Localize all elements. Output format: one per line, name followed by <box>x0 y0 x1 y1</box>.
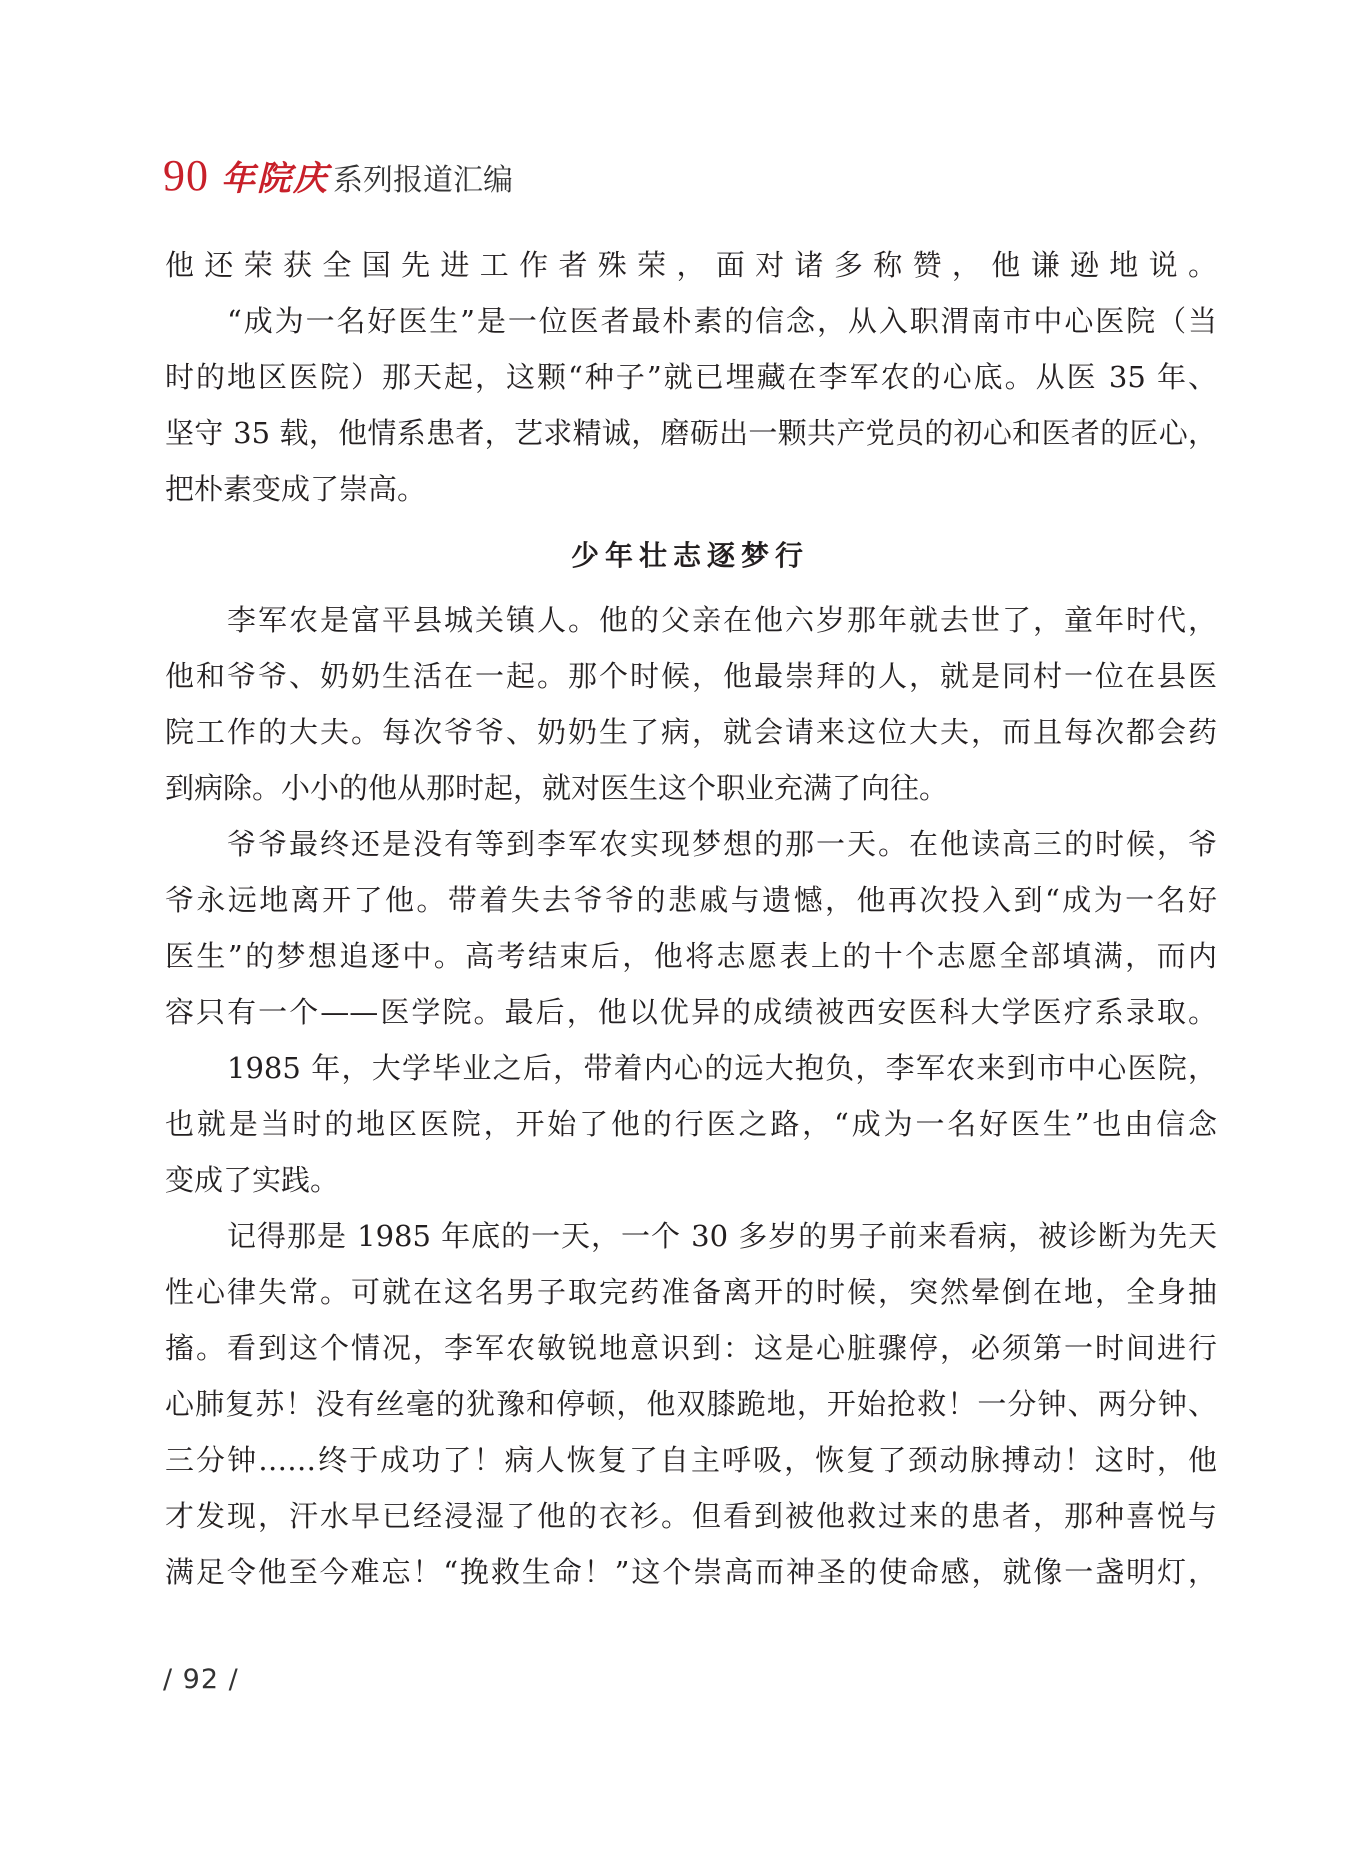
paragraph-line: 他和爷爷、奶奶生活在一起。那个时候，他最崇拜的人，就是同村一位在县医 <box>165 656 1217 696</box>
header-series-title: 系列报道汇编 <box>333 155 513 199</box>
paragraph-line: 性心律失常。可就在这名男子取完药准备离开的时候，突然晕倒在地，全身抽 <box>165 1272 1217 1312</box>
paragraph-line: 也就是当时的地区医院，开始了他的行医之路，“成为一名好医生”也由信念 <box>165 1104 1217 1144</box>
intro-line: 坚守 35 载，他情系患者，艺求精诚，磨砺出一颗共产党员的初心和医者的匠心， <box>165 413 1217 453</box>
paragraph-line: 到病除。小小的他从那时起，就对医生这个职业充满了向往。 <box>165 768 1217 808</box>
header-anniversary-title: 年院庆 <box>221 151 329 200</box>
paragraph-line: 1985 年，大学毕业之后，带着内心的远大抱负，李军农来到市中心医院， <box>227 1048 1217 1088</box>
header-anniversary-number: 90 <box>163 150 209 201</box>
page-number: / 92 / <box>163 1664 239 1695</box>
running-header: 90 年院庆 系列报道汇编 <box>163 150 513 198</box>
paragraph-line: 记得那是 1985 年底的一天，一个 30 多岁的男子前来看病，被诊断为先天 <box>227 1216 1217 1256</box>
intro-line: 把朴素变成了崇高。 <box>165 469 1217 509</box>
paragraph-line: 院工作的大夫。每次爷爷、奶奶生了病，就会请来这位大夫，而且每次都会药 <box>165 712 1217 752</box>
intro-line: 他还荣获全国先进工作者殊荣，面对诸多称赞，他谦逊地说。 <box>165 245 1217 285</box>
paragraph-line: 满足令他至今难忘！“挽救生命！”这个崇高而神圣的使命感，就像一盏明灯， <box>165 1552 1217 1592</box>
paragraph-line: 医生”的梦想追逐中。高考结束后，他将志愿表上的十个志愿全部填满，而内 <box>165 936 1217 976</box>
paragraph-line: 三分钟……终于成功了！病人恢复了自主呼吸，恢复了颈动脉搏动！这时，他 <box>165 1440 1217 1480</box>
section-heading: 少年壮志逐梦行 <box>0 536 1362 576</box>
paragraph-line: 才发现，汗水早已经浸湿了他的衣衫。但看到被他救过来的患者，那种喜悦与 <box>165 1496 1217 1536</box>
paragraph-line: 心肺复苏！没有丝毫的犹豫和停顿，他双膝跪地，开始抢救！一分钟、两分钟、 <box>165 1384 1217 1424</box>
intro-line: “成为一名好医生”是一位医者最朴素的信念，从入职渭南市中心医院（当 <box>227 301 1217 341</box>
paragraph-line: 爷永远地离开了他。带着失去爷爷的悲戚与遗憾，他再次投入到“成为一名好 <box>165 880 1217 920</box>
paragraph-line: 容只有一个——医学院。最后，他以优异的成绩被西安医科大学医疗系录取。 <box>165 992 1217 1032</box>
intro-line: 时的地区医院）那天起，这颗“种子”就已埋藏在李军农的心底。从医 35 年、 <box>165 357 1217 397</box>
paragraph-line: 李军农是富平县城关镇人。他的父亲在他六岁那年就去世了，童年时代， <box>227 600 1217 640</box>
paragraph-line: 搐。看到这个情况，李军农敏锐地意识到：这是心脏骤停，必须第一时间进行 <box>165 1328 1217 1368</box>
paragraph-line: 变成了实践。 <box>165 1160 1217 1200</box>
paragraph-line: 爷爷最终还是没有等到李军农实现梦想的那一天。在他读高三的时候，爷 <box>227 824 1217 864</box>
